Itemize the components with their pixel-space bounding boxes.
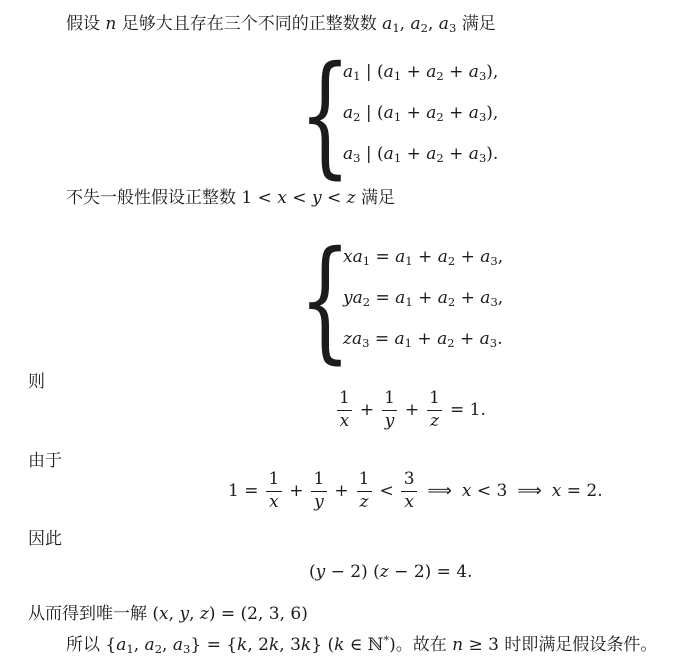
cjk-text: 足够大且存在三个不同的正整数数	[116, 14, 382, 34]
left-brace-icon: {	[318, 60, 333, 171]
system1-row-1: a1 | (a1 + a2 + a3),	[343, 54, 498, 95]
implies-arrow-icon: ⟹	[514, 479, 544, 504]
cjk-text: 假设	[66, 14, 105, 34]
operator-plus: +	[289, 479, 303, 504]
fraction-numerator: 1	[426, 389, 443, 409]
label-therefore: 因此	[28, 527, 62, 552]
math-n-geq-3: n ≥ 3	[452, 635, 499, 655]
system-rows: xa1 = a1 + a2 + a3, ya2 = a1 + a2 + a3, …	[343, 239, 503, 362]
cjk-text: 满足	[456, 14, 495, 34]
paragraph-unique-solution: 从而得到唯一解 (x, y, z) = (2, 3, 6)	[28, 602, 308, 627]
math-inline-n: n	[105, 14, 116, 34]
fraction-denominator: y	[382, 410, 398, 431]
system2-row-1: xa1 = a1 + a2 + a3,	[343, 239, 503, 280]
equation-product: (y − 2) (z − 2) = 4.	[309, 560, 473, 585]
cjk-text: 从而得到唯一解	[28, 604, 152, 624]
cjk-text: 满足	[356, 188, 395, 208]
fraction-numerator: 1	[265, 470, 282, 490]
paragraph-conclusion: 所以 {a1, a2, a3} = {k, 2k, 3k} (k ∈ ℕ*)。故…	[66, 628, 657, 662]
paragraph-wlog: 不失一般性假设正整数 1 < x < y < z 满足	[66, 186, 395, 211]
fraction-numerator: 3	[401, 470, 418, 490]
equation-system-divisibility: { a1 | (a1 + a2 + a3), a2 | (a1 + a2 + a…	[313, 54, 498, 177]
paragraph-assumption: 假设 n 足够大且存在三个不同的正整数数 a1, a2, a3 满足	[66, 12, 496, 41]
fraction: 1x	[265, 470, 282, 511]
equation-system-sums: { xa1 = a1 + a2 + a3, ya2 = a1 + a2 + a3…	[313, 239, 503, 362]
fraction-denominator: x	[401, 491, 417, 512]
fraction-denominator: x	[266, 491, 282, 512]
equation-bound-implication: 1 = 1x + 1y + 1z < 3x ⟹ x < 3 ⟹ x = 2.	[228, 468, 603, 514]
fraction: 1y	[381, 389, 398, 430]
fraction-numerator: 1	[336, 389, 353, 409]
math-proof-document: 假设 n 足够大且存在三个不同的正整数数 a1, a2, a3 满足 { a1 …	[0, 0, 684, 671]
equation-lead: 1 =	[228, 479, 258, 504]
math-x-less-3: x < 3	[462, 479, 507, 504]
fraction-denominator: z	[357, 491, 372, 512]
equation-unit-fractions: 1x + 1y + 1z = 1.	[336, 387, 486, 433]
fraction-denominator: y	[311, 491, 327, 512]
system-rows: a1 | (a1 + a2 + a3), a2 | (a1 + a2 + a3)…	[343, 54, 498, 177]
math-set-solution: {a1, a2, a3} = {k, 2k, 3k} (k ∈ ℕ*)	[105, 635, 395, 655]
cjk-text: 不失一般性假设正整数	[66, 188, 241, 208]
fraction-denominator: z	[427, 410, 442, 431]
fraction: 1z	[426, 389, 443, 430]
fraction-numerator: 1	[381, 389, 398, 409]
system1-row-2: a2 | (a1 + a2 + a3),	[343, 95, 498, 136]
left-brace-icon: {	[318, 245, 333, 356]
label-then: 则	[28, 370, 45, 395]
fraction-numerator: 1	[311, 470, 328, 490]
label-since: 由于	[28, 449, 62, 474]
fraction-numerator: 1	[356, 470, 373, 490]
cjk-text: 时即满足假设条件。	[499, 635, 657, 655]
equation-tail: = 1.	[450, 398, 486, 423]
operator-plus: +	[334, 479, 348, 504]
math-inline-xyz-order: 1 < x < y < z	[241, 188, 355, 208]
system2-row-3: za3 = a1 + a2 + a3.	[343, 321, 503, 362]
cjk-text: 所以	[66, 635, 105, 655]
math-inline-a123: a1, a2, a3	[382, 14, 456, 34]
system1-row-3: a3 | (a1 + a2 + a3).	[343, 136, 498, 177]
fraction: 3x	[401, 470, 418, 511]
fraction: 1x	[336, 389, 353, 430]
cjk-text: 。故在	[396, 635, 452, 655]
math-x-equals-2: x = 2.	[552, 479, 603, 504]
operator-plus: +	[405, 398, 419, 423]
fraction-denominator: x	[337, 410, 353, 431]
fraction: 1z	[356, 470, 373, 511]
fraction: 1y	[311, 470, 328, 511]
system2-row-2: ya2 = a1 + a2 + a3,	[343, 280, 503, 321]
operator-less-than: <	[379, 479, 393, 504]
operator-plus: +	[360, 398, 374, 423]
math-solution-triple: (x, y, z) = (2, 3, 6)	[152, 604, 307, 624]
implies-arrow-icon: ⟹	[425, 479, 455, 504]
